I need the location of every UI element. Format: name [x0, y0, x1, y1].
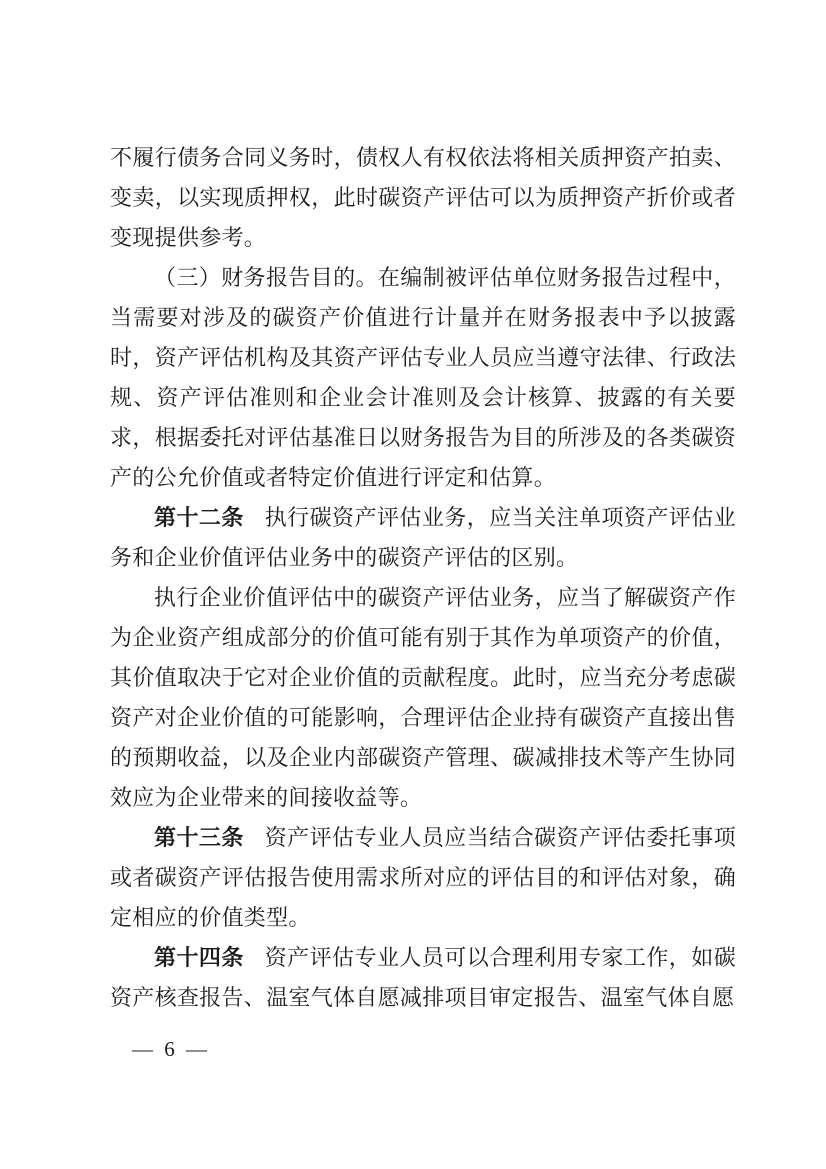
paragraph-text: 不履行债务合同义务时，债权人有权依法将相关质押资产拍卖、变卖，以实现质押权，此时…: [110, 145, 736, 250]
article-number-label: 第十三条: [154, 825, 244, 850]
article-number-label: 第十二条: [154, 505, 244, 530]
paragraph-article-12-continued: 执行企业价值评估中的碳资产评估业务，应当了解碳资产作为企业资产组成部分的价值可能…: [110, 578, 736, 818]
document-body: 不履行债务合同义务时，债权人有权依法将相关质押资产拍卖、变卖，以实现质押权，此时…: [110, 138, 736, 1018]
paragraph-item-3-financial-reporting: （三）财务报告目的。在编制被评估单位财务报告过程中，当需要对涉及的碳资产价值进行…: [110, 258, 736, 498]
document-page: 不履行债务合同义务时，债权人有权依法将相关质押资产拍卖、变卖，以实现质押权，此时…: [0, 0, 826, 1169]
paragraph-article-13: 第十三条资产评估专业人员应当结合碳资产评估委托事项或者碳资产评估报告使用需求所对…: [110, 818, 736, 938]
paragraph-continuation: 不履行债务合同义务时，债权人有权依法将相关质押资产拍卖、变卖，以实现质押权，此时…: [110, 138, 736, 258]
page-number: — 6 —: [132, 1034, 210, 1064]
paragraph-article-14: 第十四条资产评估专业人员可以合理利用专家工作，如碳资产核查报告、温室气体自愿减排…: [110, 938, 736, 1018]
paragraph-text: 执行企业价值评估中的碳资产评估业务，应当了解碳资产作为企业资产组成部分的价值可能…: [110, 585, 736, 810]
paragraph-article-12: 第十二条执行碳资产评估业务，应当关注单项资产评估业务和企业价值评估业务中的碳资产…: [110, 498, 736, 578]
paragraph-text: （三）财务报告目的。在编制被评估单位财务报告过程中，当需要对涉及的碳资产价值进行…: [110, 265, 736, 490]
article-number-label: 第十四条: [154, 945, 244, 970]
